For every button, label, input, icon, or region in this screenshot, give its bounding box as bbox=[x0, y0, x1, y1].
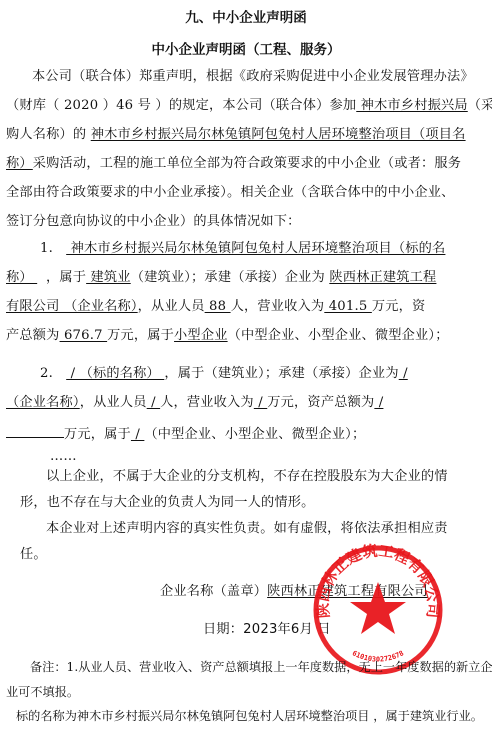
intro-line-5: 全部由符合政策要求的中小企业承接）。相关企业（含联合体中的中小企业、 bbox=[6, 184, 486, 202]
form-title: 中小企业声明函（工程、服务） bbox=[0, 38, 492, 58]
statement-1-line-2: 形，也不存在与大企业的负责人为同一人的情形。 bbox=[20, 494, 492, 512]
ellipsis: …… bbox=[6, 448, 492, 466]
intro-line-1: 本公司（联合体）郑重声明，根据《政府采购促进中小企业发展管理办法》 bbox=[6, 68, 486, 86]
item-2-assets: / bbox=[374, 395, 383, 410]
item-1-line-4: 产总额为 676.7 万元，属于小型企业（中型企业、小型企业、微型企业）； bbox=[6, 327, 486, 345]
item-number: 1. bbox=[40, 241, 53, 256]
signature-label: 企业名称（盖章） bbox=[160, 584, 267, 599]
declaration-page: 九、中小企业声明函 中小企业声明函（工程、服务） 本公司（联合体）郑重声明，根据… bbox=[0, 0, 492, 740]
intro-text: （财库（ 2020 ）46 号 ）的规定，本公司（联合体）参加 bbox=[6, 98, 356, 113]
item-2-line-1: 2. / （标的名称） ，属于（建筑业）；承建（承接）企业为 / bbox=[6, 365, 492, 383]
item-2-subject: / （标的名称） bbox=[66, 366, 164, 381]
intro-line-2: （财库（ 2020 ）46 号 ）的规定，本公司（联合体）参加 神木市乡村振兴局… bbox=[6, 97, 486, 115]
intro-line-4: 称）采购活动，工程的施工单位全部为符合政策要求的中小企业（或者：服务 bbox=[6, 155, 486, 173]
item-text: ，属于（建筑业）；承建（承接）企业为 bbox=[164, 366, 398, 381]
section-title: 九、中小企业声明函 bbox=[0, 6, 492, 26]
item-2-assets-blank bbox=[6, 423, 64, 438]
item-text: 人，营业收入为 bbox=[160, 395, 254, 410]
item-2-company-label: （企业名称） bbox=[6, 395, 80, 410]
intro-text: 购人名称）的 bbox=[6, 127, 91, 142]
item-number: 2. bbox=[40, 366, 53, 381]
item-text: （建筑业）；承建（承接）企业为 bbox=[131, 270, 330, 285]
item-1-line-1: 1. 神木市乡村振兴局尔林兔镇阿包兔村人居环境整治项目（标的名 bbox=[6, 240, 492, 258]
intro-text: （采 bbox=[468, 98, 492, 113]
statement-2-line-1: 本企业对上述声明内容的真实性负责。如有虚假，将依法承担相应责 bbox=[20, 520, 492, 538]
note-line-1: 备注：1.从业人员、营业收入、资产总额填报上一年度数据，无上一年度数据的新立企 bbox=[30, 659, 492, 675]
intro-line-6: 签订分包意向协议的中小企业）的具体情况如下： bbox=[6, 213, 486, 231]
item-1-subject-end: 称） bbox=[6, 270, 37, 285]
project-name-end: 称） bbox=[6, 156, 33, 171]
item-1-employees: 88 bbox=[205, 299, 231, 314]
item-text: 万元，属于 bbox=[64, 427, 131, 442]
item-2-employees: / bbox=[147, 395, 160, 410]
item-1-company: 陕西林正建筑工程 bbox=[329, 270, 436, 285]
note-line-3: 标的名称为神木市乡村振兴局尔林兔镇阿包兔村人居环境整治项目 ，属于建筑业行业。 bbox=[16, 708, 483, 724]
item-text: 人，营业收入为 bbox=[231, 299, 325, 314]
purchaser-name: 神木市乡村振兴局 bbox=[356, 98, 468, 113]
item-2-revenue: / bbox=[254, 395, 267, 410]
item-1-subject: 神木市乡村振兴局尔林兔镇阿包兔村人居环境整治项目（标的名 bbox=[66, 241, 445, 256]
item-1-company-end: 有限公司 （企业名称） bbox=[6, 299, 138, 314]
item-text: ，从业人员 bbox=[80, 395, 147, 410]
item-text: 产总额为 bbox=[6, 328, 60, 343]
item-1-line-3: 有限公司 （企业名称），从业人员 88 人，营业收入为 401.5 万元，资 bbox=[6, 298, 486, 316]
statement-1-line-1: 以上企业，不属于大企业的分支机构，不存在控股股东为大企业的情 bbox=[20, 468, 492, 486]
item-text: （中型企业、小型企业、微型企业）； bbox=[144, 427, 365, 442]
item-1-industry: 建筑业 bbox=[86, 270, 131, 285]
item-text: ，从业人员 bbox=[138, 299, 205, 314]
item-2-size: / bbox=[131, 427, 144, 442]
item-1-size: 小型企业 bbox=[174, 328, 228, 343]
item-text: ，属于 bbox=[46, 270, 86, 285]
item-1-line-2: 称） ，属于 建筑业（建筑业）；承建（承接）企业为 陕西林正建筑工程 bbox=[6, 269, 486, 287]
item-2-line-2: （企业名称），从业人员 / 人，营业收入为 / 万元，资产总额为 / bbox=[6, 394, 486, 412]
item-text: （中型企业、小型企业、微型企业）； bbox=[228, 328, 449, 343]
item-2-line-3: 万元，属于 / （中型企业、小型企业、微型企业）； bbox=[6, 423, 486, 444]
intro-line-3: 购人名称）的 神木市乡村振兴局尔林兔镇阿包兔村人居环境整治项目（项目名 bbox=[6, 126, 486, 144]
item-text: 万元，资产总额为 bbox=[267, 395, 374, 410]
date-label: 日期： bbox=[203, 622, 243, 637]
item-text: 万元，资 bbox=[372, 299, 426, 314]
item-2-company: / bbox=[399, 366, 408, 381]
note-line-2: 业可不填报。 bbox=[6, 684, 79, 700]
item-1-revenue: 401.5 bbox=[324, 299, 372, 314]
item-1-assets: 676.7 bbox=[60, 328, 108, 343]
item-text: 万元，属于 bbox=[107, 328, 174, 343]
intro-text: 采购活动，工程的施工单位全部为符合政策要求的中小企业（或者：服务 bbox=[33, 156, 461, 171]
project-name: 神木市乡村振兴局尔林兔镇阿包兔村人居环境整治项目（项目名 bbox=[91, 127, 466, 142]
